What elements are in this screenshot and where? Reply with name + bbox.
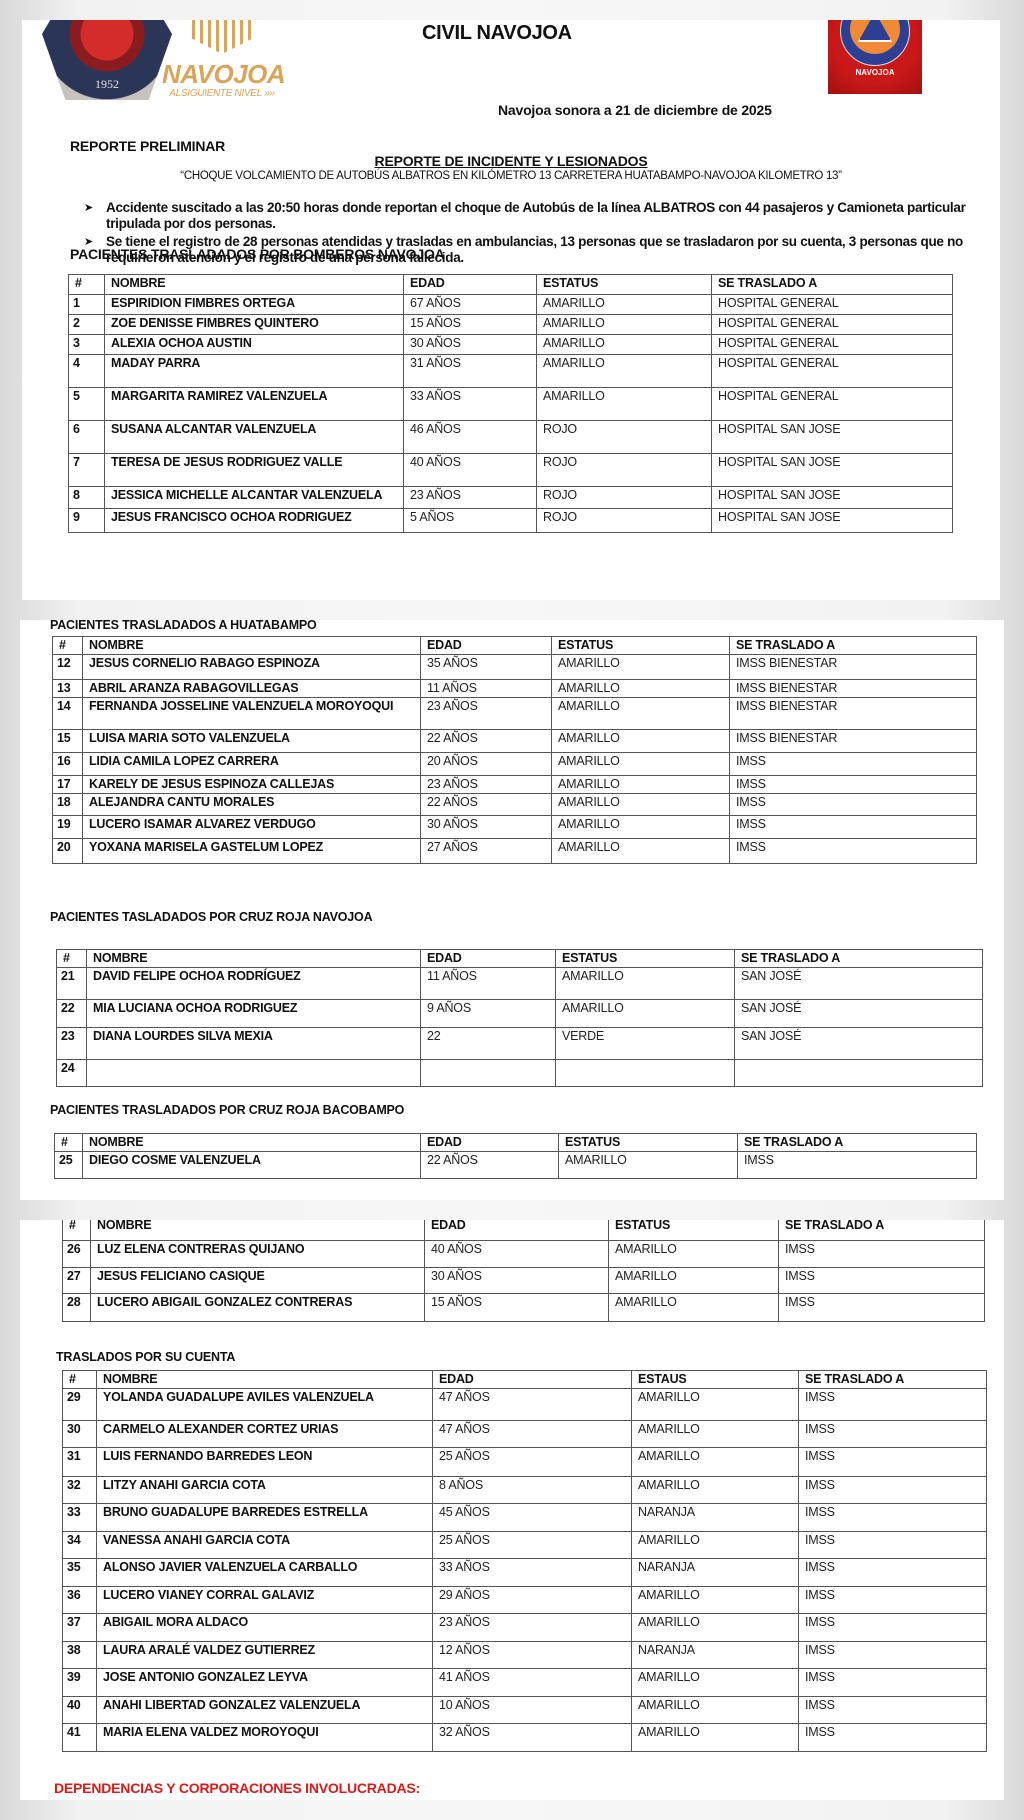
table-header-row: #NOMBREEDADESTATUSSE TRASLADO A <box>53 637 977 655</box>
patient-name: JOSE ANTONIO GONZALEZ LEYVA <box>97 1669 433 1697</box>
row-number: 14 <box>53 698 83 730</box>
destination: HOSPITAL SAN JOSE <box>712 454 953 487</box>
patient-name: LUZ ELENA CONTRERAS QUIJANO <box>91 1241 425 1268</box>
triage-status: AMARILLO <box>632 1421 799 1448</box>
patient-name: LAURA ARALÉ VALDEZ GUTIERREZ <box>97 1642 433 1669</box>
patient-age: 30 AÑOS <box>425 1268 609 1294</box>
table-header-row: #NOMBREEDADESTATUSSE TRASLADO A <box>57 950 983 968</box>
patient-name: KARELY DE JESUS ESPINOZA CALLEJAS <box>83 776 421 794</box>
row-number: 26 <box>63 1241 91 1268</box>
patient-name: ABIGAIL MORA ALDACO <box>97 1614 433 1642</box>
table-row: 13ABRIL ARANZA RABAGOVILLEGAS11 AÑOSAMAR… <box>53 680 977 698</box>
patient-age <box>421 1060 556 1087</box>
triage-status: AMARILLO <box>632 1477 799 1504</box>
triage-status: AMARILLO <box>552 794 730 816</box>
patient-name: LUIS FERNANDO BARREDES LEON <box>97 1448 433 1477</box>
destination: IMSS BIENESTAR <box>730 730 977 753</box>
column-header-name: NOMBRE <box>97 1371 433 1389</box>
column-header-age: EDAD <box>421 1134 559 1152</box>
table-row: 5MARGARITA RAMIREZ VALENZUELA33 AÑOSAMAR… <box>69 388 953 421</box>
row-number: 8 <box>69 487 105 509</box>
table-row: 24 <box>57 1060 983 1087</box>
table-row: 27JESUS FELICIANO CASIQUE30 AÑOSAMARILLO… <box>63 1268 985 1294</box>
triage-status: AMARILLO <box>609 1241 779 1268</box>
patient-name: MADAY PARRA <box>105 355 404 388</box>
destination: HOSPITAL SAN JOSE <box>712 487 953 509</box>
table-header-row: #NOMBREEDADESTAUSSE TRASLADO A <box>63 1371 987 1389</box>
table-row: 21DAVID FELIPE OCHOA RODRÍGUEZ11 AÑOSAMA… <box>57 968 983 1000</box>
destination: IMSS <box>799 1697 987 1724</box>
table-row: 20YOXANA MARISELA GASTELUM LOPEZ27 AÑOSA… <box>53 839 977 864</box>
patient-name: JESUS FRANCISCO OCHOA RODRIGUEZ <box>105 509 404 533</box>
row-number: 9 <box>69 509 105 533</box>
row-number: 34 <box>63 1532 97 1559</box>
triage-status: AMARILLO <box>552 730 730 753</box>
triage-status: AMARILLO <box>632 1724 799 1752</box>
row-number: 3 <box>69 335 105 355</box>
row-number: 28 <box>63 1294 91 1322</box>
patients-table-por-su-cuenta: #NOMBREEDADESTAUSSE TRASLADO A29YOLANDA … <box>62 1370 987 1752</box>
patient-age: 30 AÑOS <box>404 335 537 355</box>
table-row: 26LUZ ELENA CONTRERAS QUIJANO40 AÑOSAMAR… <box>63 1241 985 1268</box>
destination: IMSS BIENESTAR <box>730 655 977 680</box>
column-header-age: EDAD <box>421 637 552 655</box>
patient-name: LUCERO ISAMAR ALVAREZ VERDUGO <box>83 816 421 839</box>
patient-name: LIDIA CAMILA LOPEZ CARRERA <box>83 753 421 776</box>
column-header-num: # <box>63 1371 97 1389</box>
table-row: 25DIEGO COSME VALENZUELA22 AÑOSAMARILLOI… <box>55 1152 977 1179</box>
row-number: 22 <box>57 1000 87 1028</box>
column-header-age: EDAD <box>425 1220 609 1241</box>
destination: IMSS BIENESTAR <box>730 698 977 730</box>
row-number: 13 <box>53 680 83 698</box>
patient-age: 11 AÑOS <box>421 968 556 1000</box>
patient-age: 9 AÑOS <box>421 1000 556 1028</box>
patient-name: JESSICA MICHELLE ALCANTAR VALENZUELA <box>105 487 404 509</box>
column-header-age: EDAD <box>421 950 556 968</box>
patient-name: BRUNO GUADALUPE BARREDES ESTRELLA <box>97 1504 433 1532</box>
logo-label: NAVOJOA <box>828 68 922 77</box>
destination: HOSPITAL GENERAL <box>712 355 953 388</box>
patients-table-cruz-roja-navojoa: #NOMBREEDADESTATUSSE TRASLADO A21DAVID F… <box>56 949 983 1087</box>
destination: HOSPITAL GENERAL <box>712 295 953 315</box>
patient-age: 33 AÑOS <box>404 388 537 421</box>
table-row: 18ALEJANDRA CANTU MORALES22 AÑOSAMARILLO… <box>53 794 977 816</box>
row-number: 40 <box>63 1697 97 1724</box>
row-number: 35 <box>63 1559 97 1587</box>
destination: HOSPITAL GENERAL <box>712 388 953 421</box>
table-row: 1ESPIRIDION FIMBRES ORTEGA67 AÑOSAMARILL… <box>69 295 953 315</box>
column-header-name: NOMBRE <box>91 1220 425 1241</box>
patient-name: ANAHI LIBERTAD GONZALEZ VALENZUELA <box>97 1697 433 1724</box>
column-header-status: ESTATUS <box>552 637 730 655</box>
triage-status: AMARILLO <box>552 816 730 839</box>
proteccion-civil-logo: NAVOJOA <box>828 20 922 94</box>
patient-age: 5 AÑOS <box>404 509 537 533</box>
destination: HOSPITAL SAN JOSE <box>712 421 953 454</box>
destination: IMSS <box>799 1448 987 1477</box>
destination: IMSS <box>730 753 977 776</box>
patient-name: ALEXIA OCHOA AUSTIN <box>105 335 404 355</box>
table-row: 29YOLANDA GUADALUPE AVILES VALENZUELA47 … <box>63 1389 987 1421</box>
triage-status: AMARILLO <box>537 335 712 355</box>
column-header-num: # <box>53 637 83 655</box>
triage-status: AMARILLO <box>537 295 712 315</box>
patient-age: 27 AÑOS <box>421 839 552 864</box>
column-header-status: ESTATUS <box>537 275 712 295</box>
column-header-name: NOMBRE <box>83 637 421 655</box>
patient-age: 47 AÑOS <box>433 1389 632 1421</box>
patient-age: 33 AÑOS <box>433 1559 632 1587</box>
section-title-bomberos: PACIENTES TRASLADADOS POR BOMBEROS NAVOJ… <box>70 246 445 262</box>
patient-age: 23 AÑOS <box>433 1614 632 1642</box>
document-page-2: PACIENTES TRASLADADOS A HUATABAMPO #NOMB… <box>20 620 1004 1200</box>
row-number: 5 <box>69 388 105 421</box>
destination <box>735 1060 983 1087</box>
patient-age: 15 AÑOS <box>404 315 537 335</box>
triage-status: AMARILLO <box>632 1389 799 1421</box>
patient-name: MIA LUCIANA OCHOA RODRIGUEZ <box>87 1000 421 1028</box>
row-number: 2 <box>69 315 105 335</box>
column-header-destination: SE TRASLADO A <box>799 1371 987 1389</box>
bullet-text: Accidente suscitado a las 20:50 horas do… <box>106 200 966 231</box>
patient-age: 23 AÑOS <box>404 487 537 509</box>
destination: SAN JOSÉ <box>735 1000 983 1028</box>
destination: IMSS <box>799 1421 987 1448</box>
table-row: 9JESUS FRANCISCO OCHOA RODRIGUEZ5 AÑOSRO… <box>69 509 953 533</box>
triage-status: AMARILLO <box>632 1532 799 1559</box>
navojoa-logo-tagline: ALSIGUIENTE NIVEL »» <box>162 88 282 99</box>
section-title-por-su-cuenta: TRASLADOS POR SU CUENTA <box>56 1350 235 1364</box>
logo-year: 1952 <box>42 77 172 92</box>
destination: IMSS <box>730 839 977 864</box>
table-row: 30CARMELO ALEXANDER CORTEZ URIAS47 AÑOSA… <box>63 1421 987 1448</box>
row-number: 24 <box>57 1060 87 1087</box>
destination: IMSS <box>730 794 977 816</box>
table-row: 6SUSANA ALCANTAR VALENZUELA46 AÑOSROJOHO… <box>69 421 953 454</box>
patients-table-cruz-roja-bacobampo: #NOMBREEDADESTATUSSE TRASLADO A25DIEGO C… <box>54 1133 977 1179</box>
row-number: 41 <box>63 1724 97 1752</box>
triage-status: AMARILLO <box>632 1669 799 1697</box>
patient-name: TERESA DE JESUS RODRIGUEZ VALLE <box>105 454 404 487</box>
destination: IMSS <box>779 1294 985 1322</box>
patient-age: 35 AÑOS <box>421 655 552 680</box>
triage-status: VERDE <box>556 1028 735 1060</box>
destination: IMSS <box>738 1152 977 1179</box>
patient-age: 10 AÑOS <box>433 1697 632 1724</box>
patient-name: ZOE DENISSE FIMBRES QUINTERO <box>105 315 404 335</box>
row-number: 12 <box>53 655 83 680</box>
patient-name: ESPIRIDION FIMBRES ORTEGA <box>105 295 404 315</box>
patient-age: 12 AÑOS <box>433 1642 632 1669</box>
patient-name: LITZY ANAHI GARCIA COTA <box>97 1477 433 1504</box>
destination: IMSS <box>799 1587 987 1614</box>
column-header-status: ESTATUS <box>556 950 735 968</box>
destination: SAN JOSÉ <box>735 1028 983 1060</box>
row-number: 18 <box>53 794 83 816</box>
triage-status: NARANJA <box>632 1642 799 1669</box>
triage-status: AMARILLO <box>552 753 730 776</box>
patient-age: 22 AÑOS <box>421 794 552 816</box>
report-subtitle: “CHOQUE VOLCAMIENTO DE AUTOBÚS ALBATROS … <box>22 170 1000 182</box>
document-page-1: 1952 NAVOJOA ALSIGUIENTE NIVEL »» CIVIL … <box>22 20 1000 600</box>
patient-age: 25 AÑOS <box>433 1448 632 1477</box>
patient-age: 40 AÑOS <box>425 1241 609 1268</box>
triage-status: NARANJA <box>632 1504 799 1532</box>
section-title-cruz-roja-bacobampo: PACIENTES TRASLADADOS POR CRUZ ROJA BACO… <box>50 1103 404 1117</box>
table-row: 34VANESSA ANAHI GARCIA COTA25 AÑOSAMARIL… <box>63 1532 987 1559</box>
date-line: Navojoa sonora a 21 de diciembre de 2025 <box>498 102 772 118</box>
row-number: 23 <box>57 1028 87 1060</box>
patient-name: DAVID FELIPE OCHOA RODRÍGUEZ <box>87 968 421 1000</box>
table-row: 39JOSE ANTONIO GONZALEZ LEYVA41 AÑOSAMAR… <box>63 1669 987 1697</box>
table-row: 31LUIS FERNANDO BARREDES LEON25 AÑOSAMAR… <box>63 1448 987 1477</box>
patient-age: 32 AÑOS <box>433 1724 632 1752</box>
patient-name: MARIA ELENA VALDEZ MOROYOQUI <box>97 1724 433 1752</box>
row-number: 17 <box>53 776 83 794</box>
column-header-destination: SE TRASLADO A <box>738 1134 977 1152</box>
patient-age: 23 AÑOS <box>421 698 552 730</box>
triage-status: AMARILLO <box>632 1614 799 1642</box>
table-row: 38LAURA ARALÉ VALDEZ GUTIERREZ12 AÑOSNAR… <box>63 1642 987 1669</box>
patient-age: 25 AÑOS <box>433 1532 632 1559</box>
triage-status: ROJO <box>537 509 712 533</box>
patient-name: LUCERO VIANEY CORRAL GALAVIZ <box>97 1587 433 1614</box>
triage-status <box>556 1060 735 1087</box>
patient-age: 41 AÑOS <box>433 1669 632 1697</box>
report-type: REPORTE PRELIMINAR <box>70 138 225 154</box>
patient-name: CARMELO ALEXANDER CORTEZ URIAS <box>97 1421 433 1448</box>
row-number: 16 <box>53 753 83 776</box>
triage-status: AMARILLO <box>552 655 730 680</box>
table-header-row: #NOMBREEDADESTATUSSE TRASLADO A <box>69 275 953 295</box>
row-number: 6 <box>69 421 105 454</box>
row-number: 30 <box>63 1421 97 1448</box>
patient-name: ALONSO JAVIER VALENZUELA CARBALLO <box>97 1559 433 1587</box>
patient-age: 11 AÑOS <box>421 680 552 698</box>
column-header-name: NOMBRE <box>87 950 421 968</box>
patient-name: ALEJANDRA CANTU MORALES <box>83 794 421 816</box>
patient-age: 8 AÑOS <box>433 1477 632 1504</box>
table-row: 36LUCERO VIANEY CORRAL GALAVIZ29 AÑOSAMA… <box>63 1587 987 1614</box>
destination: IMSS <box>779 1241 985 1268</box>
triage-status: AMARILLO <box>609 1268 779 1294</box>
patient-name: YOLANDA GUADALUPE AVILES VALENZUELA <box>97 1389 433 1421</box>
triage-status: NARANJA <box>632 1559 799 1587</box>
section-title-cruz-roja-navojoa: PACIENTES TASLADADOS POR CRUZ ROJA NAVOJ… <box>50 910 372 924</box>
patient-age: 31 AÑOS <box>404 355 537 388</box>
table-row: 23DIANA LOURDES SILVA MEXIA22VERDESAN JO… <box>57 1028 983 1060</box>
table-row: 35ALONSO JAVIER VALENZUELA CARBALLO33 AÑ… <box>63 1559 987 1587</box>
patient-name: FERNANDA JOSSELINE VALENZUELA MOROYOQUI <box>83 698 421 730</box>
column-header-num: # <box>55 1134 83 1152</box>
triage-status: AMARILLO <box>559 1152 738 1179</box>
triage-status: AMARILLO <box>537 315 712 335</box>
triage-status: AMARILLO <box>537 388 712 421</box>
table-row: 3ALEXIA OCHOA AUSTIN30 AÑOSAMARILLOHOSPI… <box>69 335 953 355</box>
table-header-row: #NOMBREEDADESTATUSSE TRASLADO A <box>55 1134 977 1152</box>
patient-age: 46 AÑOS <box>404 421 537 454</box>
column-header-age: EDAD <box>404 275 537 295</box>
patient-age: 29 AÑOS <box>433 1587 632 1614</box>
destination: IMSS BIENESTAR <box>730 680 977 698</box>
destination: HOSPITAL SAN JOSE <box>712 509 953 533</box>
row-number: 36 <box>63 1587 97 1614</box>
table-row: 12JESUS CORNELIO RABAGO ESPINOZA35 AÑOSA… <box>53 655 977 680</box>
column-header-status: ESTATUS <box>559 1134 738 1152</box>
table-row: 37ABIGAIL MORA ALDACO23 AÑOSAMARILLOIMSS <box>63 1614 987 1642</box>
patient-age: 40 AÑOS <box>404 454 537 487</box>
table-row: 41MARIA ELENA VALDEZ MOROYOQUI32 AÑOSAMA… <box>63 1724 987 1752</box>
patient-age: 45 AÑOS <box>433 1504 632 1532</box>
triage-status: AMARILLO <box>552 839 730 864</box>
table-row: 22MIA LUCIANA OCHOA RODRIGUEZ9 AÑOSAMARI… <box>57 1000 983 1028</box>
patient-name: JESUS FELICIANO CASIQUE <box>91 1268 425 1294</box>
row-number: 27 <box>63 1268 91 1294</box>
table-row: 33BRUNO GUADALUPE BARREDES ESTRELLA45 AÑ… <box>63 1504 987 1532</box>
column-header-status: ESTAUS <box>632 1371 799 1389</box>
triage-status: AMARILLO <box>552 680 730 698</box>
row-number: 19 <box>53 816 83 839</box>
column-header-num: # <box>69 275 105 295</box>
triage-status: AMARILLO <box>556 1000 735 1028</box>
table-row: 2ZOE DENISSE FIMBRES QUINTERO15 AÑOSAMAR… <box>69 315 953 335</box>
destination: IMSS <box>799 1614 987 1642</box>
row-number: 21 <box>57 968 87 1000</box>
patient-age: 15 AÑOS <box>425 1294 609 1322</box>
document-page-3: #NOMBREEDADESTATUSSE TRASLADO A26LUZ ELE… <box>20 1220 1004 1800</box>
row-number: 38 <box>63 1642 97 1669</box>
navojoa-logo-name: NAVOJOA <box>162 60 282 88</box>
table-row: 7TERESA DE JESUS RODRIGUEZ VALLE40 AÑOSR… <box>69 454 953 487</box>
column-header-destination: SE TRASLADO A <box>779 1220 985 1241</box>
report-title: REPORTE DE INCIDENTE Y LESIONADOS <box>22 153 1000 169</box>
column-header-destination: SE TRASLADO A <box>730 637 977 655</box>
table-row: 32LITZY ANAHI GARCIA COTA8 AÑOSAMARILLOI… <box>63 1477 987 1504</box>
destination: IMSS <box>730 816 977 839</box>
triage-status: AMARILLO <box>552 698 730 730</box>
patient-name: DIEGO COSME VALENZUELA <box>83 1152 421 1179</box>
patients-table-continued: #NOMBREEDADESTATUSSE TRASLADO A26LUZ ELE… <box>62 1220 985 1322</box>
table-header-row: #NOMBREEDADESTATUSSE TRASLADO A <box>63 1220 985 1241</box>
table-row: 15LUISA MARIA SOTO VALENZUELA22 AÑOSAMAR… <box>53 730 977 753</box>
destination: IMSS <box>799 1477 987 1504</box>
patient-name: SUSANA ALCANTAR VALENZUELA <box>105 421 404 454</box>
column-header-num: # <box>63 1220 91 1241</box>
table-row: 17KARELY DE JESUS ESPINOZA CALLEJAS23 AÑ… <box>53 776 977 794</box>
table-row: 19LUCERO ISAMAR ALVAREZ VERDUGO30 AÑOSAM… <box>53 816 977 839</box>
destination: HOSPITAL GENERAL <box>712 315 953 335</box>
patients-table-bomberos: #NOMBREEDADESTATUSSE TRASLADO A1ESPIRIDI… <box>68 274 953 533</box>
patients-table-huatabampo: #NOMBREEDADESTATUSSE TRASLADO A12JESUS C… <box>52 636 977 864</box>
column-header-age: EDAD <box>433 1371 632 1389</box>
row-number: 33 <box>63 1504 97 1532</box>
destination: IMSS <box>799 1559 987 1587</box>
patient-age: 22 AÑOS <box>421 730 552 753</box>
row-number: 1 <box>69 295 105 315</box>
row-number: 25 <box>55 1152 83 1179</box>
triage-status: AMARILLO <box>552 776 730 794</box>
row-number: 37 <box>63 1614 97 1642</box>
column-header-num: # <box>57 950 87 968</box>
arrow-bullet-icon: ➤ <box>84 200 93 216</box>
triage-status: ROJO <box>537 421 712 454</box>
destination: SAN JOSÉ <box>735 968 983 1000</box>
column-header-destination: SE TRASLADO A <box>735 950 983 968</box>
triage-status: AMARILLO <box>632 1448 799 1477</box>
table-row: 14FERNANDA JOSSELINE VALENZUELA MOROYOQU… <box>53 698 977 730</box>
row-number: 15 <box>53 730 83 753</box>
row-number: 32 <box>63 1477 97 1504</box>
patient-name: LUCERO ABIGAIL GONZALEZ CONTRERAS <box>91 1294 425 1322</box>
destination: HOSPITAL GENERAL <box>712 335 953 355</box>
patient-name: LUISA MARIA SOTO VALENZUELA <box>83 730 421 753</box>
patient-name: DIANA LOURDES SILVA MEXIA <box>87 1028 421 1060</box>
triage-status: ROJO <box>537 454 712 487</box>
patient-age: 30 AÑOS <box>421 816 552 839</box>
bomberos-logo: 1952 <box>42 20 172 100</box>
row-number: 29 <box>63 1389 97 1421</box>
document-title: CIVIL NAVOJOA <box>422 22 572 45</box>
destination: IMSS <box>779 1268 985 1294</box>
destination: IMSS <box>730 776 977 794</box>
row-number: 4 <box>69 355 105 388</box>
table-row: 8JESSICA MICHELLE ALCANTAR VALENZUELA23 … <box>69 487 953 509</box>
table-row: 28LUCERO ABIGAIL GONZALEZ CONTRERAS15 AÑ… <box>63 1294 985 1322</box>
destination: IMSS <box>799 1389 987 1421</box>
dependencies-heading: DEPENDENCIAS Y CORPORACIONES INVOLUCRADA… <box>54 1780 420 1796</box>
row-number: 39 <box>63 1669 97 1697</box>
destination: IMSS <box>799 1504 987 1532</box>
destination: IMSS <box>799 1532 987 1559</box>
table-row: 4MADAY PARRA31 AÑOSAMARILLOHOSPITAL GENE… <box>69 355 953 388</box>
table-row: 40ANAHI LIBERTAD GONZALEZ VALENZUELA10 A… <box>63 1697 987 1724</box>
destination: IMSS <box>799 1724 987 1752</box>
navojoa-logo: NAVOJOA ALSIGUIENTE NIVEL »» <box>162 20 282 100</box>
patient-name: MARGARITA RAMIREZ VALENZUELA <box>105 388 404 421</box>
patient-name: YOXANA MARISELA GASTELUM LOPEZ <box>83 839 421 864</box>
triage-status: AMARILLO <box>537 355 712 388</box>
row-number: 31 <box>63 1448 97 1477</box>
patient-age: 23 AÑOS <box>421 776 552 794</box>
patient-name <box>87 1060 421 1087</box>
column-header-destination: SE TRASLADO A <box>712 275 953 295</box>
patient-age: 67 AÑOS <box>404 295 537 315</box>
patient-age: 47 AÑOS <box>433 1421 632 1448</box>
patient-age: 22 AÑOS <box>421 1152 559 1179</box>
patient-age: 20 AÑOS <box>421 753 552 776</box>
triage-status: AMARILLO <box>556 968 735 1000</box>
row-number: 20 <box>53 839 83 864</box>
column-header-status: ESTATUS <box>609 1220 779 1241</box>
triage-status: AMARILLO <box>632 1587 799 1614</box>
triage-status: AMARILLO <box>609 1294 779 1322</box>
destination: IMSS <box>799 1642 987 1669</box>
patient-name: VANESSA ANAHI GARCIA COTA <box>97 1532 433 1559</box>
table-row: 16LIDIA CAMILA LOPEZ CARRERA20 AÑOSAMARI… <box>53 753 977 776</box>
triage-status: AMARILLO <box>632 1697 799 1724</box>
section-title-huatabampo: PACIENTES TRASLADADOS A HUATABAMPO <box>50 620 317 632</box>
bullet-item: ➤Accidente suscitado a las 20:50 horas d… <box>84 200 984 232</box>
destination: IMSS <box>799 1669 987 1697</box>
patient-age: 22 <box>421 1028 556 1060</box>
column-header-name: NOMBRE <box>83 1134 421 1152</box>
column-header-name: NOMBRE <box>105 275 404 295</box>
triage-status: ROJO <box>537 487 712 509</box>
navojoa-logo-icon <box>192 20 252 54</box>
row-number: 7 <box>69 454 105 487</box>
patient-name: JESUS CORNELIO RABAGO ESPINOZA <box>83 655 421 680</box>
